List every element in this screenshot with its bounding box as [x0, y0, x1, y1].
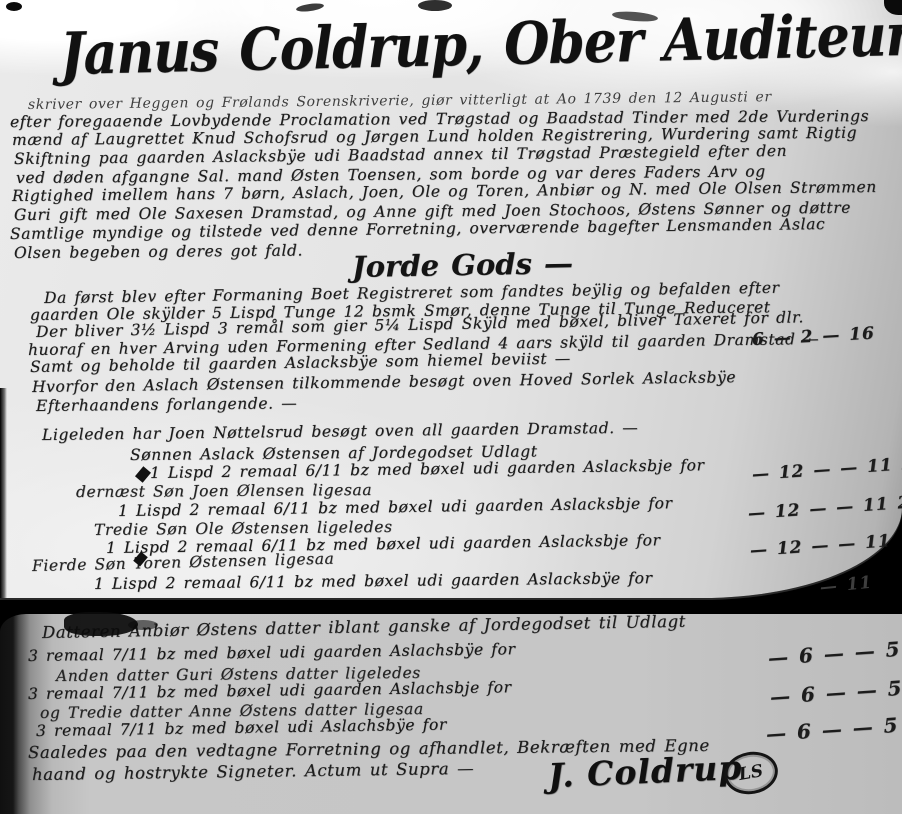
ink-smudge — [128, 620, 158, 630]
page-title: Janus Coldrup, Ober Auditeur ved Militie… — [59, 0, 902, 89]
entry-text: 1 Lispd 2 remaal 6/11 bz med bøxel udi g… — [94, 569, 653, 593]
manuscript-scan: Janus Coldrup, Ober Auditeur ved Militie… — [0, 0, 902, 814]
section-heading: Jorde Gods — — [352, 246, 574, 284]
ink-smudge — [418, 0, 452, 11]
amount-value: — 12 — — 11 2/11 — [751, 451, 902, 485]
page-top: Janus Coldrup, Ober Auditeur ved Militie… — [0, 0, 902, 598]
amount-value: — 11 — [819, 573, 873, 598]
entry-text: dernæst Søn Joen Ølensen ligesaa — [76, 481, 372, 501]
ink-smudge — [6, 2, 22, 11]
manuscript-line: Olsen begeben og deres got fald. — [14, 241, 303, 262]
amount-value: — 6 — — 5 9/11 — [767, 632, 902, 670]
signature: J. Coldrup — [547, 748, 743, 795]
page-edge-shadow — [0, 388, 7, 598]
entry-text: 3 remaal 7/11 bz med bøxel udi gaarden A… — [28, 640, 516, 665]
closing-line: haand og hostrykte Signeter. Actum ut Su… — [32, 759, 474, 784]
amount-value: — 6 — — 5 9/11 — [769, 671, 902, 709]
ink-mark — [135, 466, 151, 482]
amount-value: — 12 — — 11 — [749, 531, 891, 561]
page-bottom: Datteren Anbiør Østens datter iblant gan… — [0, 614, 902, 814]
entry-text: Fierde Søn Toren Østensen ligesaa — [32, 550, 335, 575]
seal-initials: LS — [737, 761, 764, 785]
manuscript-line: Ligeleden har Joen Nøttelsrud besøgt ove… — [42, 419, 639, 444]
amount-value: — 12 — — 11 2/11 — [747, 490, 902, 524]
manuscript-line: Efterhaandens forlangende. — — [36, 394, 297, 415]
ink-smudge — [64, 612, 138, 636]
amount-value: — 6 — — 5 9/11 — [765, 708, 902, 746]
